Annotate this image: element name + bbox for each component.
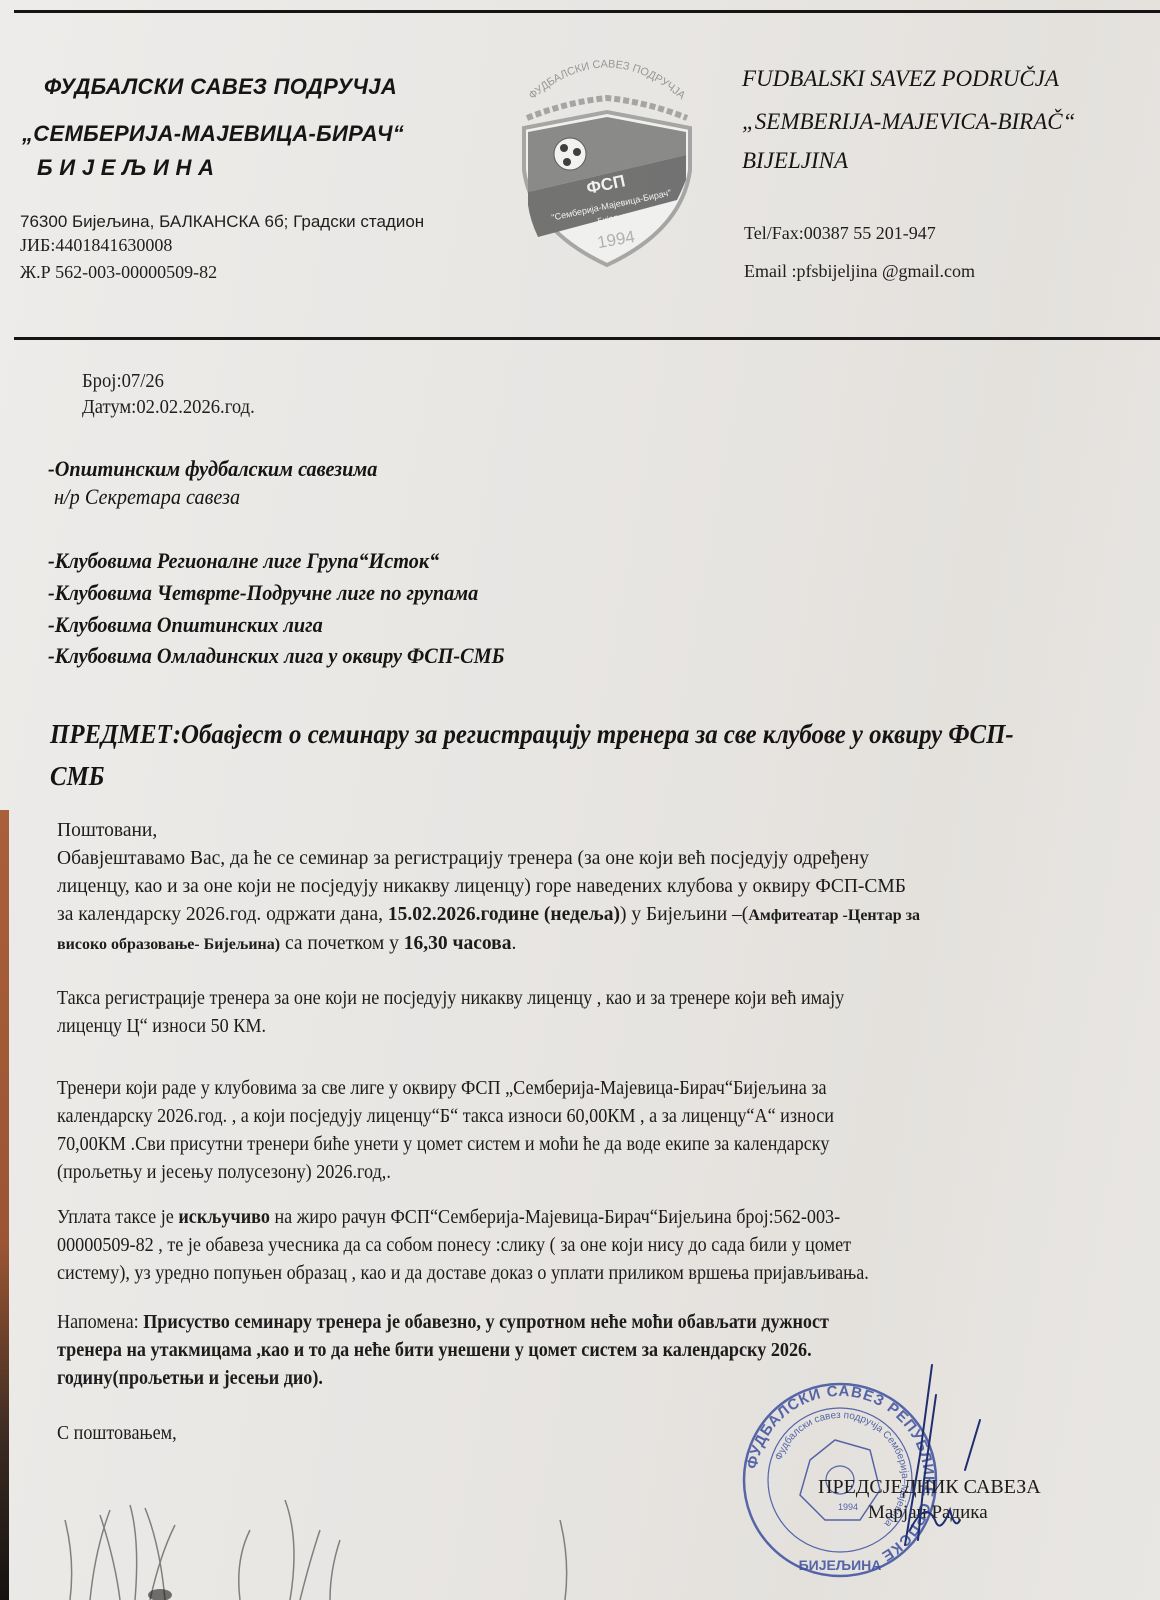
body-paragraph-1: Поштовани, Обавјештавамо Вас, да ће се с… [57,817,1117,959]
top-divider [14,10,1160,13]
football-shield-icon: ФУДБАЛСКИ САВЕЗ ПОДРУЧЈА ФСП "Семберија-… [512,40,702,270]
body-paragraph-4: Уплата таксе је искључиво на жиро рачун … [57,1204,1043,1288]
subject-heading: ПРЕДМЕТ:Обавјест о семинару за регистрац… [50,713,1044,797]
seminar-date: 15.02.2026.године (недеља [388,904,614,925]
recipient-line: -Клубовима Регионалне лиге Група“Исток“ [48,548,439,574]
letter-page: ФУДБАЛСКИ САВЕЗ ПОДРУЧЈА „СЕМБЕРИЈА-МАЈЕ… [0,0,1160,1600]
letterhead-email[interactable]: Email :pfsbijeljina @gmail.com [744,261,975,282]
letterhead-cyr-line2: „СЕМБЕРИЈА-МАЈЕВИЦА-БИРАЧ“ [22,121,404,147]
letterhead-cyr-line3: Б И Ј Е Љ И Н А [37,155,214,181]
letterhead-phone: Tel/Fax:00387 55 201-947 [744,223,936,244]
svg-text:1994: 1994 [838,1502,858,1512]
letterhead-cyr-line1: ФУДБАЛСКИ САВЕЗ ПОДРУЧЈА [44,74,397,100]
recipient-line: -Клубовима Општинских лига [48,612,323,638]
letterhead-account: Ж.Р 562-003-00000509-82 [20,262,217,283]
letterhead-address: 76300 Бијељина, БАЛКАНСКА 6б; Градски ст… [20,212,424,232]
document-date: Датум:02.02.2026.год. [82,396,255,419]
letterhead-lat-line3: BIJELJINA [742,148,848,174]
body-paragraph-2: Такса регистрације тренера за оне који н… [57,985,1043,1041]
body-paragraph-3: Тренери који раде у клубовима за све лиг… [57,1075,1043,1187]
recipient-line: н/р Секретара савеза [54,484,240,510]
letterhead-lat-line1: FUDBALSKI SAVEZ PODRUČJA [742,66,1059,92]
letterhead-jib: ЈИБ:4401841630008 [20,235,172,256]
seminar-venue: Амфитеатар -Центар за [748,907,920,924]
svg-text:БИЈЕЉИНА: БИЈЕЉИНА [799,1557,882,1573]
document-number: Број:07/26 [82,370,164,393]
recipient-line: -Клубовима Четврте-Подручне лиге по груп… [48,580,478,606]
seminar-time: 16,30 часова [404,933,512,954]
handwritten-signature [880,1360,1020,1570]
salutation: Поштовани, [57,817,1117,845]
recipient-line: -Општинским фудбалским савезима [48,456,377,482]
recipient-line: -Клубовима Омладинских лига у оквиру ФСП… [48,643,505,669]
header-divider [14,337,1160,340]
letterhead-lat-line2: „SEMBERIJA-MAJEVICA-BIRAČ“ [742,109,1075,135]
background-edge [0,810,9,1600]
